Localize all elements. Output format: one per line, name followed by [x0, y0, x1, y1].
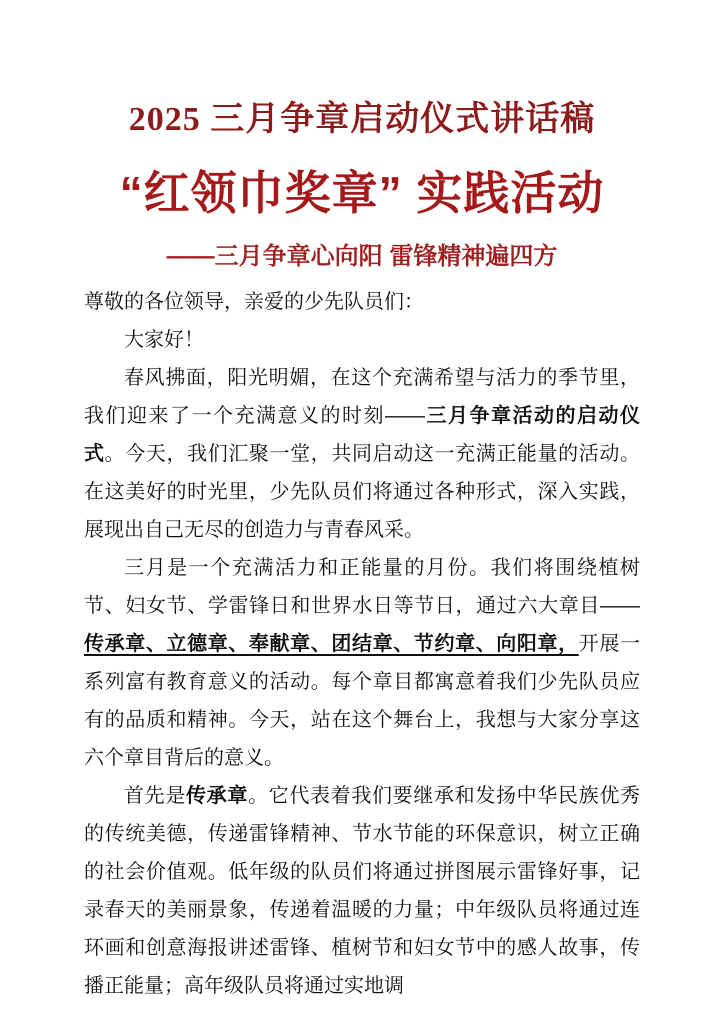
paragraph: 大家好！: [84, 321, 640, 359]
paragraph: 尊敬的各位领导，亲爱的少先队员们：: [84, 283, 640, 321]
document-page: 2025 三月争章启动仪式讲话稿 “红领巾奖章” 实践活动 ——三月争章心向阳 …: [0, 0, 724, 1024]
document-header: 2025 三月争章启动仪式讲话稿 “红领巾奖章” 实践活动 ——三月争章心向阳 …: [0, 0, 724, 270]
document-body: 尊敬的各位领导，亲爱的少先队员们：大家好！春风拂面，阳光明媚，在这个充满希望与活…: [84, 283, 640, 1005]
text-run: 大家好！: [124, 329, 204, 351]
text-run: 。今天，我们汇聚一堂，共同启动这一充满正能量的活动。在这美好的时光里，少先队员们…: [84, 443, 640, 541]
subtitle: ——三月争章心向阳 雷锋精神遍四方: [0, 244, 724, 270]
title-line-2: “红领巾奖章” 实践活动: [0, 169, 724, 217]
text-run: 首先是: [124, 785, 186, 807]
paragraph: 三月是一个充满活力和正能量的月份。我们将围绕植树节、妇女节、学雷锋日和世界水日等…: [84, 549, 640, 777]
paragraph: 首先是传承章。它代表着我们要继承和发扬中华民族优秀的传统美德，传递雷锋精神、节水…: [84, 777, 640, 1005]
text-run: 。它代表着我们要继承和发扬中华民族优秀的传统美德，传递雷锋精神、节水节能的环保意…: [84, 785, 640, 997]
title-line-1: 2025 三月争章启动仪式讲话稿: [0, 101, 724, 138]
text-run: 三月是一个充满活力和正能量的月份。我们将围绕植树节、妇女节、学雷锋日和世界水日等…: [84, 557, 640, 617]
emphasized-text-run: 传承章: [186, 785, 248, 807]
emphasized-text-run: 传承章、立德章、奉献章、团结章、节约章、向阳章，: [84, 633, 579, 655]
paragraph: 春风拂面，阳光明媚，在这个充满希望与活力的季节里，我们迎来了一个充满意义的时刻—…: [84, 359, 640, 549]
text-run: 尊敬的各位领导，亲爱的少先队员们：: [84, 291, 424, 313]
